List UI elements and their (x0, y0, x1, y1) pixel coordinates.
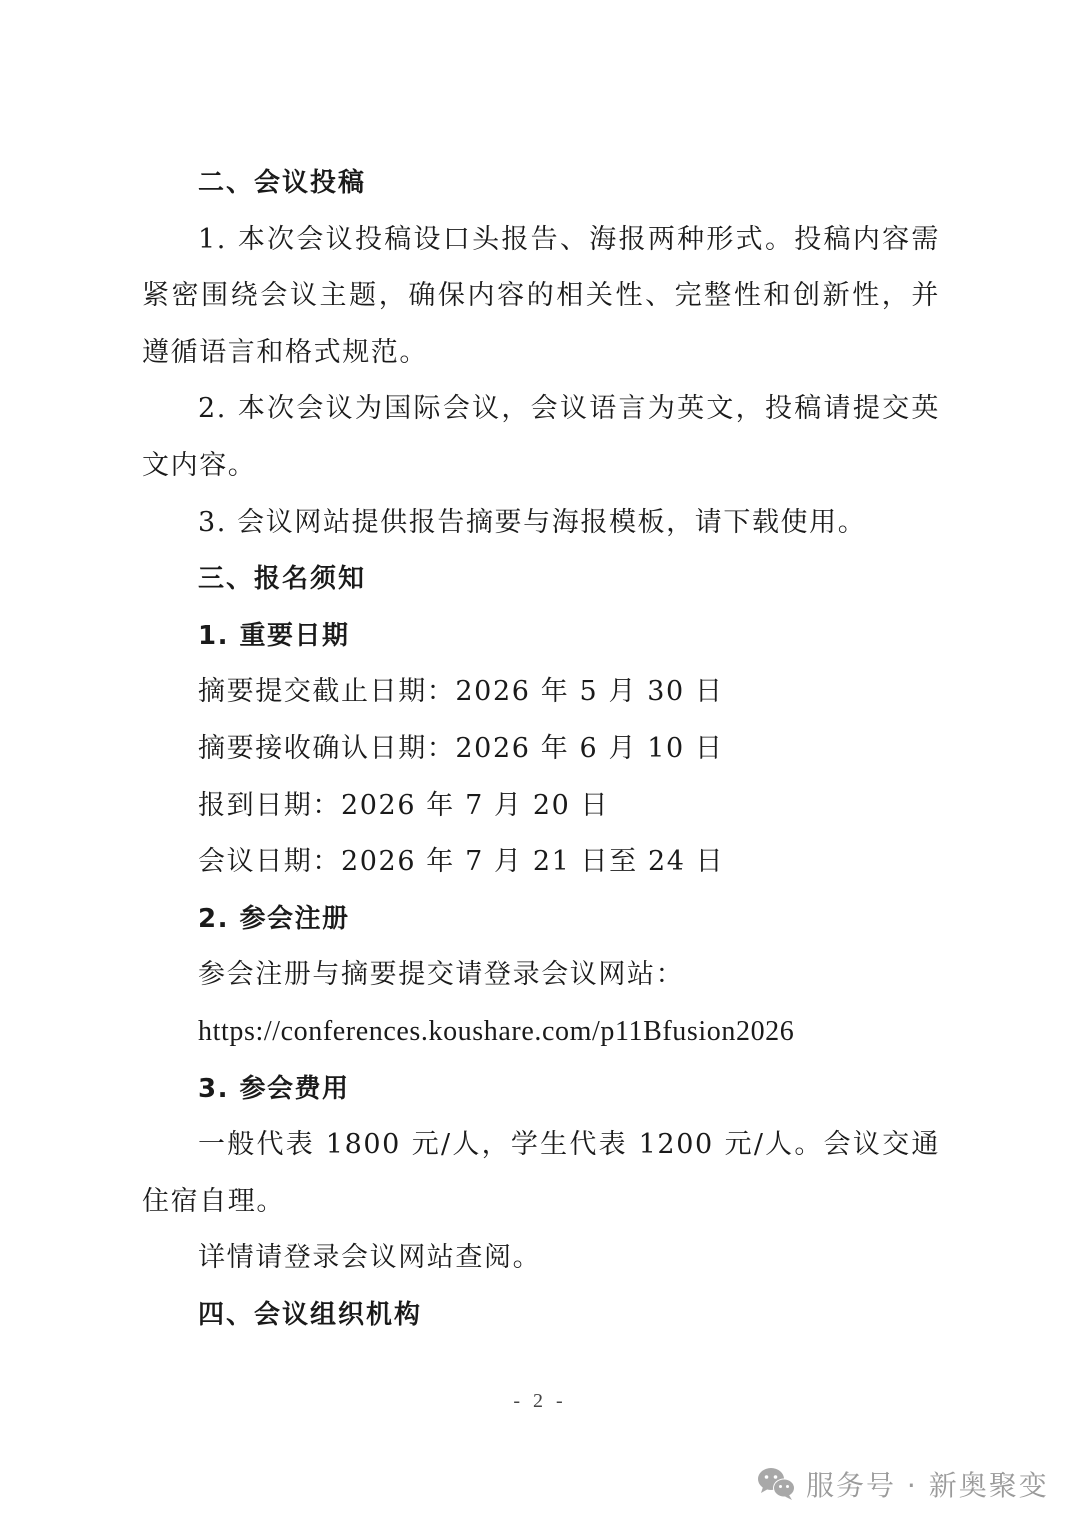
date-check-in: 报到日期：2026 年 7 月 20 日 (142, 778, 940, 835)
date-abstract-deadline: 摘要提交截止日期：2026 年 5 月 30 日 (142, 664, 940, 721)
subheading-registration: 2. 参会注册 (142, 891, 940, 948)
fees-text: 一般代表 1800 元/人，学生代表 1200 元/人。会议交通住宿自理。 (142, 1117, 940, 1230)
registration-instruction: 参会注册与摘要提交请登录会议网站： (142, 947, 940, 1004)
wechat-icon (756, 1466, 798, 1502)
watermark: 服务号 · 新奥聚变 (756, 1462, 1049, 1506)
conference-website-url[interactable]: https://conferences.koushare.com/p11Bfus… (142, 1004, 940, 1061)
submission-item-3: 3. 会议网站提供报告摘要与海报模板，请下载使用。 (142, 495, 940, 552)
submission-item-1: 1. 本次会议投稿设口头报告、海报两种形式。投稿内容需紧密围绕会议主题，确保内容… (142, 212, 940, 382)
document-page: 二、会议投稿 1. 本次会议投稿设口头报告、海报两种形式。投稿内容需紧密围绕会议… (142, 155, 940, 1343)
watermark-text: 服务号 · 新奥聚变 (806, 1464, 1049, 1504)
section-heading-registration-notice: 三、报名须知 (142, 551, 940, 608)
date-conference: 会议日期：2026 年 7 月 21 日至 24 日 (142, 834, 940, 891)
section-heading-submission: 二、会议投稿 (142, 155, 940, 212)
subheading-fees: 3. 参会费用 (142, 1061, 940, 1118)
submission-item-2: 2. 本次会议为国际会议，会议语言为英文，投稿请提交英文内容。 (142, 381, 940, 494)
date-abstract-confirmation: 摘要接收确认日期：2026 年 6 月 10 日 (142, 721, 940, 778)
section-heading-organization: 四、会议组织机构 (142, 1287, 940, 1344)
fees-details-note: 详情请登录会议网站查阅。 (142, 1230, 940, 1287)
subheading-important-dates: 1. 重要日期 (142, 608, 940, 665)
page-number: - 2 - (0, 1390, 1080, 1413)
